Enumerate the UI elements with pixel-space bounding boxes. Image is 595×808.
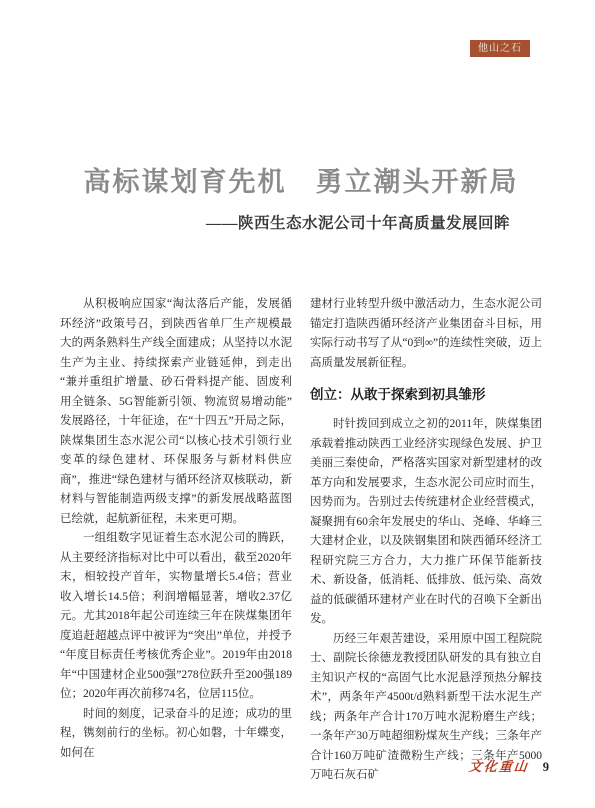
right-column: 建材行业转型升级中激活动力，生态水泥公司锚定打造陕西循环经济产业集团奋斗目标，用…: [310, 295, 542, 786]
section-heading: 创立：从敢于探索到初具雏形: [310, 385, 542, 405]
left-paragraph-2: 一组组数字见证着生态水泥公司的腾跃，从主要经济指标对比中可以看出，截至2020年…: [60, 529, 292, 705]
left-paragraph-3: 时间的刻度，记录奋斗的足迹；成功的里程，镌刻前行的坐标。初心如磐，十年蝶变，如何…: [60, 705, 292, 764]
magazine-page: 他山之石 高标谋划育先机 勇立潮头开新局 ——陕西生态水泥公司十年高质量发展回眸…: [0, 0, 595, 808]
article-header: 高标谋划育先机 勇立潮头开新局 ——陕西生态水泥公司十年高质量发展回眸: [60, 160, 542, 233]
page-footer: 文化重山 9: [469, 756, 549, 775]
article-subtitle: ——陕西生态水泥公司十年高质量发展回眸: [60, 211, 542, 233]
magazine-logo: 文化重山: [468, 756, 530, 775]
article-body: 从积极响应国家“淘汰落后产能，发展循环经济”政策号召，到陕西省单厂生产规模最大的…: [60, 295, 542, 786]
section-badge: 他山之石: [470, 40, 530, 57]
right-paragraph-1: 时针拨回到成立之初的2011年，陕煤集团承载着推动陕西工业经济实现绿色发展、护卫…: [310, 415, 542, 630]
left-column: 从积极响应国家“淘汰落后产能，发展循环经济”政策号召，到陕西省单厂生产规模最大的…: [60, 295, 292, 786]
article-title: 高标谋划育先机 勇立潮头开新局: [60, 160, 542, 199]
page-number: 9: [543, 760, 549, 775]
right-paragraph-continuation: 建材行业转型升级中激活动力，生态水泥公司锚定打造陕西循环经济产业集团奋斗目标，用…: [310, 295, 542, 373]
left-paragraph-1: 从积极响应国家“淘汰落后产能，发展循环经济”政策号召，到陕西省单厂生产规模最大的…: [60, 295, 292, 529]
